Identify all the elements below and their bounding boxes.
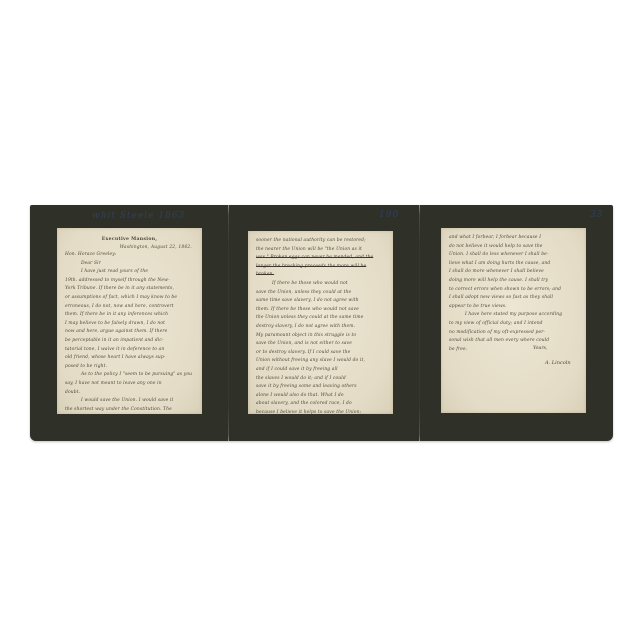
fold-line-left bbox=[228, 205, 229, 441]
handwritten-line: I have just read yours of the bbox=[65, 268, 196, 277]
handwritten-line: and what I forbear, I forbear because I bbox=[449, 234, 580, 243]
handwritten-line: same time save slavery, I do not agree w… bbox=[256, 297, 387, 306]
handwritten-line: to my view of official duty; and I inten… bbox=[449, 320, 580, 329]
handwritten-line: do not believe it would help to save the bbox=[449, 243, 580, 252]
handwritten-line: As to the policy I "seem to be pursuing"… bbox=[65, 371, 196, 380]
fold-line-right bbox=[419, 205, 420, 441]
pencil-annotation-3: 33 bbox=[590, 210, 603, 220]
handwritten-line: sooner the national authority can be res… bbox=[256, 237, 387, 246]
page-2-text: sooner the national authority can be res… bbox=[256, 237, 387, 414]
handwritten-line: erroneous, I do not, now and here, contr… bbox=[65, 303, 196, 312]
handwritten-line: doing more will help the cause. I shall … bbox=[449, 277, 580, 286]
handwritten-line: was." Broken eggs can never be mended, a… bbox=[256, 254, 387, 263]
pencil-annotation-1: whit Steele 1863 bbox=[92, 211, 185, 221]
handwritten-line: save the Union, and is not either to sav… bbox=[256, 340, 387, 349]
handwritten-line: save the Union, unless they could at the bbox=[256, 289, 387, 298]
handwritten-line: My paramount object in this struggle is … bbox=[256, 332, 387, 341]
handwritten-line: Union without freeing any slave I would … bbox=[256, 357, 387, 366]
handwritten-line: If there be those who would not bbox=[256, 280, 387, 289]
handwritten-line: them. If there be in it any inferences w… bbox=[65, 311, 196, 320]
handwritten-line: or assumptions of fact, which I may know… bbox=[65, 294, 196, 303]
handwritten-line: about slavery, and the colored race, I d… bbox=[256, 400, 387, 409]
letter-page-3: and what I forbear, I forbear because Id… bbox=[441, 228, 586, 413]
handwritten-line: destroy slavery, I do not agree with the… bbox=[256, 323, 387, 332]
handwritten-line: old friend, whose heart I have always su… bbox=[65, 354, 196, 363]
pencil-annotation-2: 190 bbox=[379, 210, 399, 220]
handwritten-line: appear to be true views. bbox=[449, 303, 580, 312]
handwritten-line: them. If there be those who would not sa… bbox=[256, 306, 387, 315]
page-3-text: and what I forbear, I forbear because Id… bbox=[449, 234, 580, 354]
handwritten-line: be perceptable in it an impatient and di… bbox=[65, 337, 196, 346]
handwritten-line: I shall adopt new views so fast as they … bbox=[449, 294, 580, 303]
handwritten-line: alone I would also do that. What I do bbox=[256, 392, 387, 401]
dateline: Washington, August 22, 1862. bbox=[120, 244, 192, 249]
handwritten-line: no modification of my oft-expressed per- bbox=[449, 329, 580, 338]
closing: Yours, bbox=[533, 346, 547, 351]
handwritten-line: Dear Sir bbox=[65, 260, 196, 269]
handwritten-line: York Tribune. If there be in it any stat… bbox=[65, 285, 196, 294]
letterhead: Executive Mansion, bbox=[57, 237, 202, 242]
handwritten-line: lieve what I am doing hurts the cause, a… bbox=[449, 260, 580, 269]
handwritten-line: say, I have not meant to leave any one i… bbox=[65, 380, 196, 389]
handwritten-line: doubt. bbox=[65, 389, 196, 398]
handwritten-line: and if I could save it by freeing all bbox=[256, 366, 387, 375]
handwritten-line: I shall do more whenever I shall believe bbox=[449, 268, 580, 277]
handwritten-line: posed to be right. bbox=[65, 363, 196, 372]
handwritten-line: Hon. Horace Greeley: bbox=[65, 251, 196, 260]
handwritten-line: now and here, argue against them. If the… bbox=[65, 328, 196, 337]
handwritten-line: the nearer the Union will be "the Union … bbox=[256, 246, 387, 255]
handwritten-line: I have here stated my purpose according bbox=[449, 311, 580, 320]
handwritten-line: or to destroy slavery. If I could save t… bbox=[256, 349, 387, 358]
signature: A. Lincoln bbox=[545, 360, 571, 366]
page-1-text: Hon. Horace Greeley:Dear SirI have just … bbox=[65, 251, 196, 414]
handwritten-line: 19th. addressed to myself through the Ne… bbox=[65, 277, 196, 286]
handwritten-line: sonal wish that all men every where coul… bbox=[449, 337, 580, 346]
handwritten-line: tatorial tone, I waive it in deference t… bbox=[65, 346, 196, 355]
letter-page-1: Executive Mansion, Washington, August 22… bbox=[57, 228, 202, 414]
handwritten-line: Union. I shall do less whenever I shall … bbox=[449, 251, 580, 260]
handwritten-line: broken. bbox=[256, 271, 387, 280]
letter-page-2: sooner the national authority can be res… bbox=[248, 231, 393, 414]
handwritten-line: the slaves I would do it; and if I could bbox=[256, 375, 387, 384]
handwritten-line: the Union unless they could at the same … bbox=[256, 314, 387, 323]
handwritten-line: I would save the Union. I would save it bbox=[65, 397, 196, 406]
handwritten-line: to correct errors when shown to be error… bbox=[449, 286, 580, 295]
handwritten-line: the shortest way under the Constitution.… bbox=[65, 406, 196, 414]
handwritten-line: be free. bbox=[449, 346, 580, 355]
handwritten-line: save it by freeing some and leaving othe… bbox=[256, 383, 387, 392]
handwritten-line: I may believe to be falsely drawn, I do … bbox=[65, 320, 196, 329]
handwritten-line: because I believe it helps to save the U… bbox=[256, 409, 387, 414]
handwritten-line: longer the breaking proceeds the more wi… bbox=[256, 263, 387, 272]
